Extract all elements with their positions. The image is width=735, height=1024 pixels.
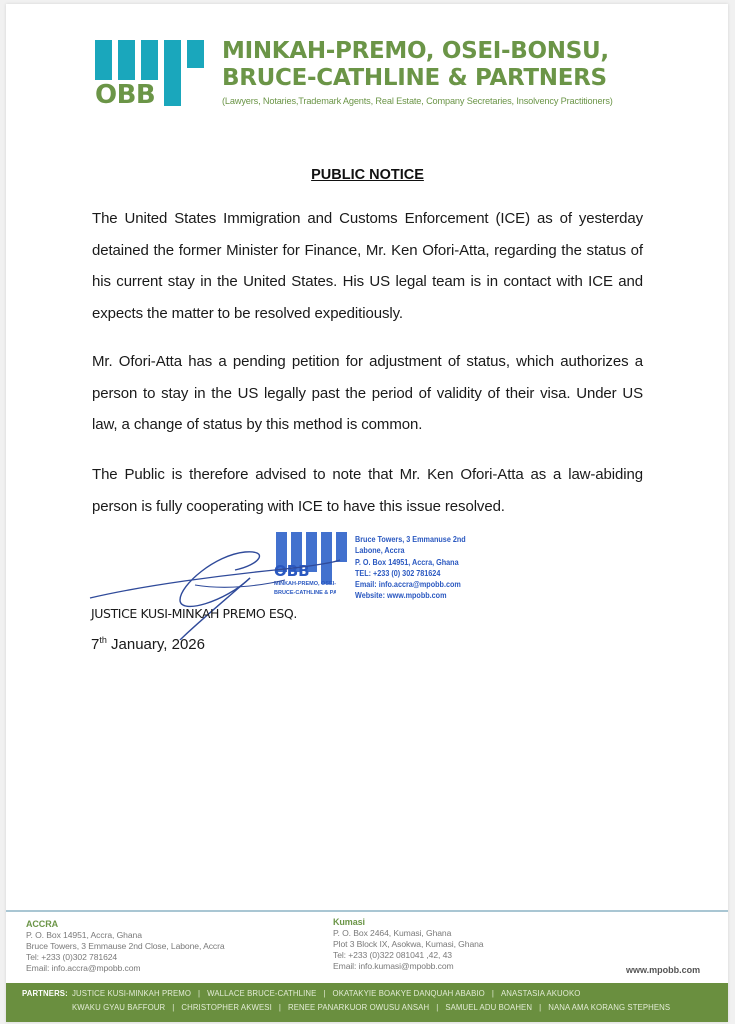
logo-bar-icon: [187, 40, 204, 68]
office-line: P. O. Box 14951, Accra, Ghana: [26, 930, 225, 941]
logo-bar-icon: [141, 40, 158, 80]
firm-services: (Lawyers, Notaries,Trademark Agents, Rea…: [222, 96, 662, 106]
signatory-name: JUSTICE KUSI-MINKAH PREMO ESQ.: [91, 606, 297, 621]
notice-paragraph-2: Mr. Ofori-Atta has a pending petition fo…: [92, 346, 643, 441]
office-kumasi: Kumasi P. O. Box 2464, Kumasi, Ghana Plo…: [333, 917, 484, 972]
firm-logo: OBB: [95, 40, 210, 108]
signature-scribble: [85, 540, 345, 640]
website-link[interactable]: www.mpobb.com: [626, 965, 700, 975]
logo-bar-icon: [118, 40, 135, 80]
date-suffix: th: [99, 635, 107, 645]
firm-name-line-2: BRUCE-CATHLINE & PARTNERS: [222, 65, 652, 92]
stamp-line: P. O. Box 14951, Accra, Ghana: [355, 557, 466, 568]
logo-bar-icon: [95, 40, 112, 80]
office-title: Kumasi: [333, 917, 484, 928]
office-accra: ACCRA P. O. Box 14951, Accra, Ghana Bruc…: [26, 919, 225, 974]
stamp-line: TEL: +233 (0) 302 781624: [355, 568, 466, 579]
footer-divider: [6, 910, 728, 912]
notice-title: PUBLIC NOTICE: [0, 167, 735, 183]
partner-name: NANA AMA KORANG STEPHENS: [548, 1003, 670, 1012]
partners-label: PARTNERS:: [22, 989, 68, 998]
stamp-line: Labone, Accra: [355, 545, 466, 556]
partner-name: RENEE PANARKUOR OWUSU ANSAH: [288, 1003, 429, 1012]
office-line: P. O. Box 2464, Kumasi, Ghana: [333, 928, 484, 939]
stamp-line: Bruce Towers, 3 Emmanuse 2nd: [355, 534, 466, 545]
partner-name: KWAKU GYAU BAFFOUR: [72, 1003, 165, 1012]
stamp-line: Website: www.mpobb.com: [355, 590, 466, 601]
date-rest: January, 2026: [107, 636, 205, 653]
logo-text: OBB: [95, 82, 155, 108]
office-title: ACCRA: [26, 919, 225, 930]
partner-name: OKATAKYIE BOAKYE DANQUAH ABABIO: [333, 989, 485, 998]
firm-name: MINKAH-PREMO, OSEI-BONSU, BRUCE-CATHLINE…: [222, 38, 652, 92]
logo-bar-icon: [164, 40, 181, 106]
office-line: Bruce Towers, 3 Emmause 2nd Close, Labon…: [26, 941, 225, 952]
office-line: Plot 3 Block IX, Asokwa, Kumasi, Ghana: [333, 939, 484, 950]
office-line: Tel: +233 (0)322 081041 ,42, 43: [333, 950, 484, 961]
partners-row-1: JUSTICE KUSI-MINKAH PREMO|WALLACE BRUCE-…: [72, 989, 580, 998]
partner-separator: |: [198, 989, 200, 998]
notice-paragraph-3: The Public is therefore advised to note …: [92, 459, 643, 522]
partner-name: JUSTICE KUSI-MINKAH PREMO: [72, 989, 191, 998]
partner-separator: |: [279, 1003, 281, 1012]
notice-date: 7th January, 2026: [91, 635, 205, 653]
partner-name: SAMUEL ADU BOAHEN: [445, 1003, 532, 1012]
partners-row-2: KWAKU GYAU BAFFOUR|CHRISTOPHER AKWESI|RE…: [72, 1003, 670, 1012]
notice-paragraph-1: The United States Immigration and Custom…: [92, 203, 643, 329]
partners-bar: PARTNERS: JUSTICE KUSI-MINKAH PREMO|WALL…: [6, 983, 728, 1022]
partner-separator: |: [492, 989, 494, 998]
partner-name: WALLACE BRUCE-CATHLINE: [207, 989, 316, 998]
partner-separator: |: [539, 1003, 541, 1012]
office-line: Tel: +233 (0)302 781624: [26, 952, 225, 963]
office-email: Email: info.kumasi@mpobb.com: [333, 961, 484, 972]
partner-name: CHRISTOPHER AKWESI: [181, 1003, 271, 1012]
firm-name-line-1: MINKAH-PREMO, OSEI-BONSU,: [222, 38, 652, 65]
partner-separator: |: [323, 989, 325, 998]
partner-name: ANASTASIA AKUOKO: [501, 989, 580, 998]
stamp-contact-info: Bruce Towers, 3 Emmanuse 2nd Labone, Acc…: [355, 534, 466, 602]
partner-separator: |: [172, 1003, 174, 1012]
partner-separator: |: [436, 1003, 438, 1012]
stamp-line: Email: info.accra@mpobb.com: [355, 579, 466, 590]
office-email: Email: info.accra@mpobb.com: [26, 963, 225, 974]
